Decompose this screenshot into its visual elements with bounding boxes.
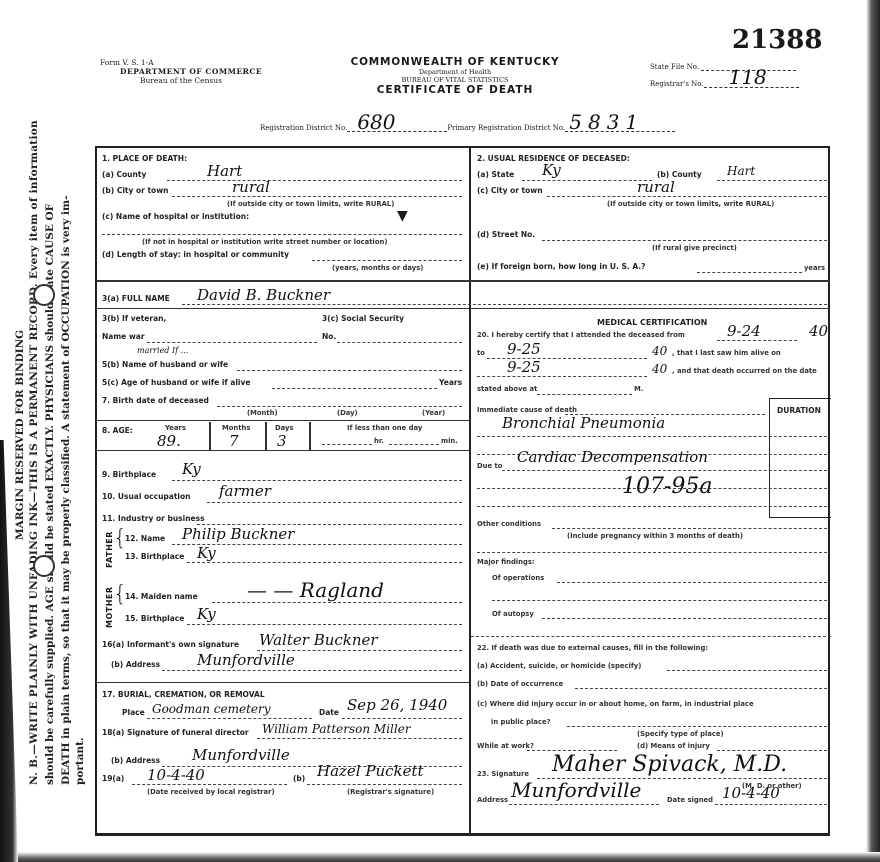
autopsy-field[interactable] (542, 618, 827, 619)
external-heading: 22. If death was due to external causes,… (477, 644, 708, 652)
immediate-cause-value: Bronchial Pneumonia (502, 414, 665, 432)
father-birthplace-value: Ky (197, 544, 216, 562)
received-label: 19(a) (102, 774, 124, 783)
attend-to-label: to (477, 349, 485, 357)
death-city-note: (If outside city or town limits, write R… (227, 200, 394, 208)
spouse-age-suffix: Years (439, 378, 462, 387)
public-place-field[interactable] (567, 726, 827, 727)
margin-reserved-label: MARGIN RESERVED FOR BINDING (14, 330, 26, 540)
reg-district-label: Registration District No. (260, 124, 347, 132)
death-city-label: (b) City or town (102, 186, 168, 195)
birth-date-field[interactable] (217, 406, 462, 407)
section-rule (97, 420, 469, 421)
res-city-field[interactable] (547, 196, 827, 197)
attend-from-year: 40 (809, 322, 828, 340)
burial-date-label: Date (319, 708, 339, 717)
commonwealth-title: COMMONWEALTH OF KENTUCKY (345, 56, 565, 68)
section-rule (97, 682, 469, 683)
death-certificate-form: 21388 Form V. S. 1-A DEPARTMENT OF COMME… (95, 48, 835, 838)
hospital-label: (c) Name of hospital or institution: (102, 212, 249, 221)
physician-signature-value: Maher Spivack, M.D. (552, 752, 787, 777)
primary-district-label: Primary Registration District No. (447, 124, 565, 132)
registrar-sig-label: (b) (293, 774, 305, 783)
death-city-field[interactable] (172, 196, 462, 197)
age-min-suffix: min. (441, 437, 458, 445)
funeral-director-value: William Patterson Miller (262, 722, 411, 736)
res-city-note: (If outside city or town limits, write R… (607, 200, 774, 208)
date-signed-value: 10-4-40 (722, 784, 780, 802)
mother-birthplace-value: Ky (197, 605, 216, 623)
cause-line[interactable] (477, 506, 827, 507)
public-place-label: in public place? (491, 718, 551, 726)
birthplace-value: Ky (182, 460, 201, 478)
age-less-day-col: If less than one day (347, 424, 422, 432)
father-name-value: Philip Buckner (182, 525, 294, 543)
death-county-field[interactable] (167, 180, 462, 181)
registrar-sig-note: (Registrar's signature) (347, 788, 434, 796)
autopsy-label: Of autopsy (492, 610, 534, 618)
bureau-vital-label: BUREAU OF VITAL STATISTICS (345, 76, 565, 84)
mother-maiden-value: — — Ragland (247, 578, 384, 602)
funeral-director-label: 18(a) Signature of funeral director (102, 728, 249, 737)
spouse-age-label: 5(c) Age of husband or wife if alive (102, 378, 250, 387)
industry-label: 11. Industry or business (102, 514, 205, 523)
director-address-label: (b) Address (111, 756, 160, 765)
at-work-field[interactable] (527, 750, 617, 751)
specify-note: (Specify type of place) (637, 730, 724, 738)
margin-instruction-3: DEATH in plain terms, so that it may be … (60, 196, 72, 785)
age-months-value: 7 (229, 432, 239, 450)
place-of-death-heading: 1. PLACE OF DEATH: (102, 154, 187, 163)
birth-month-col: (Month) (247, 409, 278, 417)
document-title: CERTIFICATE OF DEATH (345, 84, 565, 96)
birth-date-label: 7. Birth date of deceased (102, 396, 209, 405)
father-birthplace-field[interactable] (187, 562, 462, 563)
stay-label: (d) Length of stay: in hospital or commu… (102, 250, 289, 259)
classification-code: 107-95a (622, 474, 713, 499)
res-city-label: (c) City or town (477, 186, 543, 195)
age-months-col: Months (222, 424, 250, 432)
scan-edge (866, 0, 880, 862)
immediate-cause-label: Immediate cause of death (477, 406, 577, 414)
state-file-label: State File No. (650, 63, 699, 71)
scan-edge (0, 852, 880, 862)
header-center: COMMONWEALTH OF KENTUCKY Department of H… (345, 56, 565, 96)
due-to-label: Due to (477, 462, 502, 470)
received-note: (Date received by local registrar) (147, 788, 275, 796)
burial-place-label: Place (122, 708, 145, 717)
last-saw-year: 40 (652, 362, 667, 376)
physician-address-label: Address (477, 796, 508, 804)
section-rule (97, 280, 830, 282)
duration-column (769, 398, 831, 518)
last-saw-text: , that I last saw him alive on (672, 349, 781, 357)
res-county-value: Hart (727, 164, 755, 178)
at-work-label: While at work? (477, 742, 534, 750)
form-body: 1. PLACE OF DEATH: (a) County Hart (b) C… (95, 146, 830, 836)
margin-instruction-4: portant. (74, 737, 86, 785)
bureau-census-label: Bureau of the Census (140, 76, 262, 85)
res-state-label: (a) State (477, 170, 514, 179)
spouse-age-field[interactable] (272, 388, 437, 389)
punch-hole-icon (33, 284, 55, 306)
primary-district-field[interactable]: 5831 (565, 118, 675, 132)
column-divider (469, 148, 471, 833)
ssn-no-label: No. (322, 332, 336, 341)
informant-address-field[interactable] (162, 670, 462, 671)
stay-note: (years, months or days) (332, 264, 423, 272)
punch-hole-icon (33, 555, 55, 577)
full-name-field[interactable] (182, 304, 827, 305)
age-min-field[interactable] (389, 444, 439, 445)
birthplace-field[interactable] (172, 480, 462, 481)
last-saw-value: 9-25 (507, 358, 541, 376)
res-state-field[interactable] (522, 180, 652, 181)
burial-place-field[interactable] (147, 718, 312, 719)
duration-label: DURATION (777, 406, 821, 415)
section-rule (97, 308, 830, 309)
birthplace-label: 9. Birthplace (102, 470, 156, 479)
stated-text: stated above at (477, 385, 537, 393)
department-label: DEPARTMENT OF COMMERCE (120, 67, 262, 76)
veteran-label: 3(b) If veteran, (102, 314, 166, 323)
age-hr-suffix: hr. (374, 437, 384, 445)
informant-address-label: (b) Address (111, 660, 160, 669)
hospital-note: (If not in hospital or institution write… (142, 238, 387, 246)
means-label: (d) Means of injury (637, 742, 710, 750)
certificate-number: 21388 (732, 25, 822, 55)
hospital-field[interactable] (102, 234, 462, 235)
last-saw-field[interactable] (477, 376, 647, 377)
section-rule (97, 450, 469, 451)
burial-heading: 17. BURIAL, CREMATION, OR REMOVAL (102, 690, 265, 699)
margin-instruction-1: N. B.—WRITE PLAINLY WITH UNFADING INK—TH… (28, 120, 40, 785)
due-to-field[interactable] (502, 470, 827, 471)
arrow-down-icon: ▼ (397, 208, 408, 224)
dept-health-label: Department of Health (345, 68, 565, 76)
received-date-value: 10-4-40 (147, 766, 205, 784)
res-street-field[interactable] (542, 240, 827, 241)
attend-from-field[interactable] (717, 340, 797, 341)
stay-field[interactable] (312, 260, 462, 261)
physician-signature-label: 23. Signature (477, 770, 529, 778)
physician-address-field[interactable] (509, 804, 659, 805)
reg-district-field[interactable]: 680 (347, 118, 447, 132)
age-years-value: 89. (157, 432, 181, 450)
father-birthplace-label: 13. Birthplace (125, 552, 184, 561)
mother-birthplace-field[interactable] (187, 624, 462, 625)
operations-field[interactable] (557, 582, 827, 583)
attend-to-year: 40 (652, 344, 667, 358)
binding-margin: N. B.—WRITE PLAINLY WITH UNFADING INK—TH… (20, 60, 90, 840)
full-name-label: 3(a) FULL NAME (102, 294, 170, 303)
death-time-field[interactable] (537, 394, 632, 395)
veteran-name-field[interactable] (147, 342, 317, 343)
ssn-field[interactable] (337, 342, 462, 343)
ssn-label: 3(c) Social Security (322, 314, 404, 323)
medical-heading: MEDICAL CERTIFICATION (597, 318, 707, 327)
registrar-no-label: Registrar's No. (650, 80, 704, 88)
res-state-value: Ky (542, 161, 561, 179)
foreign-label: (e) If foreign born, how long in U. S. A… (477, 262, 645, 271)
age-years-col: Years (165, 424, 186, 432)
accident-field[interactable] (667, 670, 827, 671)
marital-status-value: married If ... (137, 346, 188, 355)
age-hours-field[interactable] (322, 444, 372, 445)
mother-maiden-field[interactable] (212, 602, 462, 603)
age-days-col: Days (275, 424, 294, 432)
birth-year-col: (Year) (422, 409, 445, 417)
accident-label: (a) Accident, suicide, or homicide (spec… (477, 662, 641, 670)
registrar-sig-field[interactable] (307, 784, 462, 785)
res-city-value: rural (637, 178, 675, 196)
occurrence-label: (b) Date of occurrence (477, 680, 563, 688)
findings-label: Major findings: (477, 558, 535, 566)
informant-label: 16(a) Informant's own signature (102, 640, 239, 649)
means-field[interactable] (717, 750, 827, 751)
full-name-value: David B. Buckner (197, 286, 330, 304)
col-separator (265, 422, 267, 450)
header-left: Form V. S. 1-A DEPARTMENT OF COMMERCE Bu… (100, 58, 262, 85)
burial-place-value: Goodman cemetery (152, 702, 271, 716)
registration-line: Registration District No. 680 Primary Re… (260, 118, 675, 132)
spouse-label: 5(b) Name of husband or wife (102, 360, 228, 369)
occupation-field[interactable] (207, 502, 462, 503)
funeral-director-field[interactable] (257, 738, 462, 739)
header-right: State File No. Registrar's No. 118 (650, 54, 799, 88)
age-label: 8. AGE: (102, 426, 133, 435)
operations-field-2[interactable] (492, 600, 827, 601)
physician-address-value: Munfordville (511, 778, 641, 802)
registrar-sig-value: Hazel Puckett (317, 762, 424, 780)
attend-text: 20. I hereby certify that I attended the… (477, 331, 685, 339)
birth-day-col: (Day) (337, 409, 358, 417)
occupation-value: farmer (219, 482, 271, 500)
date-signed-field[interactable] (715, 804, 827, 805)
burial-date-field[interactable] (342, 718, 462, 719)
occurrence-field[interactable] (575, 688, 827, 689)
foreign-field[interactable] (697, 272, 802, 273)
res-county-field[interactable] (717, 180, 827, 181)
attend-from-value: 9-24 (727, 322, 761, 340)
where-label: (c) Where did injury occur in or about h… (477, 700, 754, 708)
received-date-field[interactable] (132, 784, 287, 785)
due-to-value: Cardiac Decompensation (517, 448, 708, 466)
burial-date-value: Sep 26, 1940 (347, 696, 447, 714)
mother-birthplace-label: 15. Birthplace (125, 614, 184, 623)
form-number: Form V. S. 1-A (100, 58, 262, 67)
attend-to-value: 9-25 (507, 340, 541, 358)
cause-line[interactable] (477, 552, 827, 553)
res-street-label: (d) Street No. (477, 230, 535, 239)
spouse-field[interactable] (237, 370, 462, 371)
occurred-text: , and that death occurred on the date (672, 367, 817, 375)
res-street-note: (If rural give precinct) (652, 244, 737, 252)
mother-maiden-label: 14. Maiden name (125, 592, 198, 601)
informant-value: Walter Buckner (259, 631, 378, 649)
other-conditions-field[interactable] (552, 528, 827, 529)
death-county-label: (a) County (102, 170, 146, 179)
other-conditions-label: Other conditions (477, 520, 541, 528)
veteran-name-label: Name war (102, 332, 145, 341)
death-city-value: rural (232, 178, 270, 196)
informant-address-value: Munfordville (197, 651, 295, 669)
occupation-label: 10. Usual occupation (102, 492, 191, 501)
col-separator (209, 422, 211, 450)
registrar-no-field[interactable]: 118 (704, 87, 799, 88)
section-rule (471, 636, 831, 637)
cause-line[interactable] (477, 436, 827, 437)
operations-label: Of operations (492, 574, 544, 582)
father-name-label: 12. Name (125, 534, 165, 543)
other-conditions-note: (Include pregnancy within 3 months of de… (567, 532, 743, 540)
age-days-value: 3 (277, 432, 287, 450)
foreign-suffix: years (804, 264, 825, 272)
m-suffix: M. (634, 385, 643, 393)
date-signed-label: Date signed (667, 796, 713, 804)
col-separator (309, 422, 311, 450)
director-address-value: Munfordville (192, 746, 290, 764)
